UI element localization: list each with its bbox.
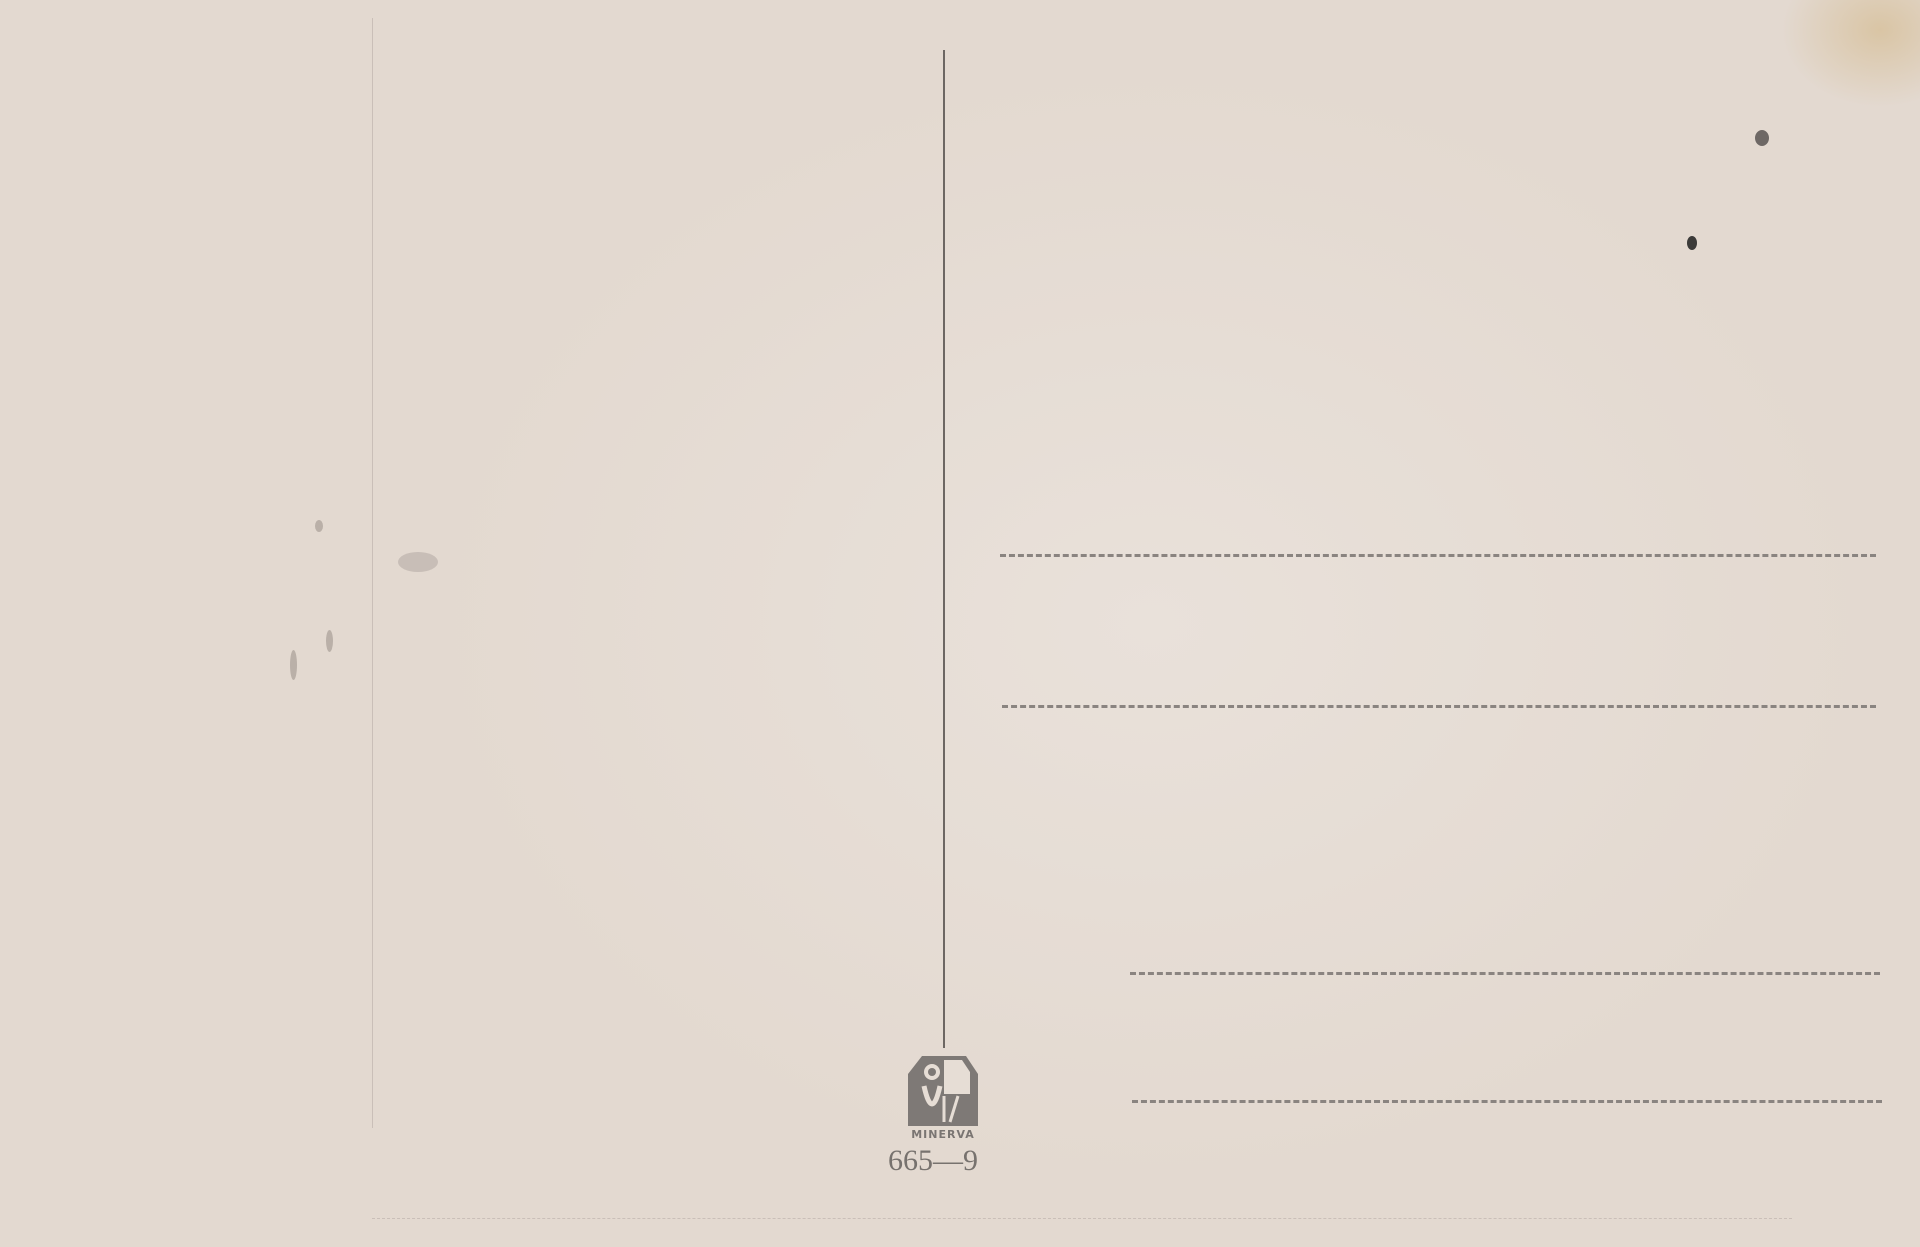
ink-spot: [290, 650, 297, 680]
center-divider-line: [943, 50, 945, 1048]
publisher-logo-icon: [904, 1052, 982, 1140]
address-line-3: [1130, 972, 1880, 975]
ink-spot: [315, 520, 323, 532]
ink-spot: [1755, 130, 1769, 146]
ink-spot: [398, 552, 438, 572]
postcard-back: MINERVA 665—9: [0, 0, 1920, 1247]
card-number: 665—9: [888, 1144, 1008, 1178]
bottom-frame-line: [372, 1218, 1792, 1220]
ink-spot: [1687, 236, 1697, 250]
publisher-logo-text: MINERVA: [904, 1128, 982, 1141]
address-line-1: [1000, 554, 1876, 557]
address-line-4: [1132, 1100, 1882, 1103]
address-line-2: [1002, 705, 1876, 708]
left-frame-line: [372, 18, 373, 1128]
ink-spot: [326, 630, 333, 652]
